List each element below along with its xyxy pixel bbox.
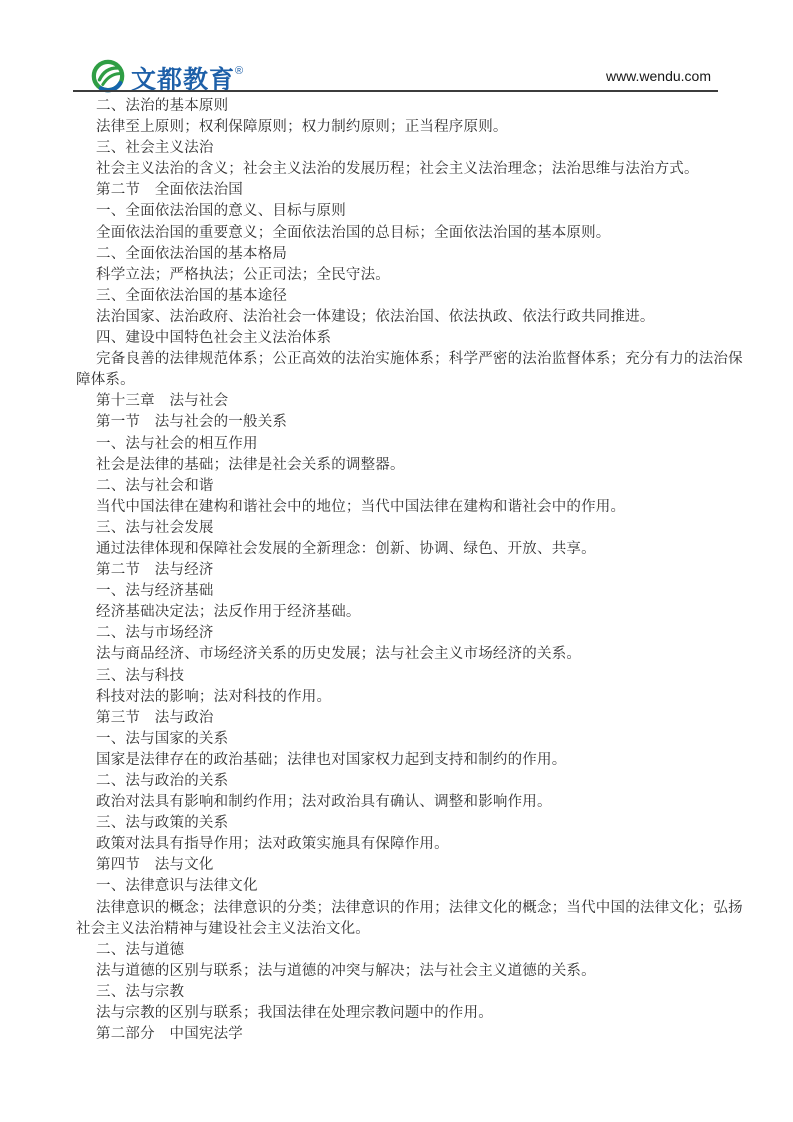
document-body: 二、法治的基本原则法律至上原则；权利保障原则；权力制约原则；正当程序原则。三、社… — [76, 96, 756, 1045]
text-line: 三、法与科技 — [76, 666, 756, 687]
text-line: 科技对法的影响；法对科技的作用。 — [76, 687, 756, 708]
text-line: 一、法律意识与法律文化 — [76, 876, 756, 897]
text-line: 法律至上原则；权利保障原则；权力制约原则；正当程序原则。 — [76, 117, 756, 138]
text-line: 经济基础决定法；法反作用于经济基础。 — [76, 602, 756, 623]
text-line: 第三节 法与政治 — [76, 708, 756, 729]
text-line: 二、法与政治的关系 — [76, 771, 756, 792]
header-divider-line — [73, 90, 718, 92]
text-line: 四、建设中国特色社会主义法治体系 — [76, 328, 756, 349]
text-line: 障体系。 — [76, 370, 756, 391]
text-line: 二、全面依法治国的基本格局 — [76, 244, 756, 265]
document-page: 文都教育® www.wendu.com 二、法治的基本原则法律至上原则；权利保障… — [0, 0, 793, 1122]
text-line: 当代中国法律在建构和谐社会中的地位；当代中国法律在建构和谐社会中的作用。 — [76, 497, 756, 518]
text-line: 法与商品经济、市场经济关系的历史发展；法与社会主义市场经济的关系。 — [76, 644, 756, 665]
wendu-logo-icon — [91, 59, 125, 93]
text-line: 二、法治的基本原则 — [76, 96, 756, 117]
text-line: 社会是法律的基础；法律是社会关系的调整器。 — [76, 455, 756, 476]
text-line: 社会主义法治的含义；社会主义法治的发展历程；社会主义法治理念；法治思维与法治方式… — [76, 159, 756, 180]
text-line: 一、法与国家的关系 — [76, 729, 756, 750]
text-line: 法与宗教的区别与联系；我国法律在处理宗教问题中的作用。 — [76, 1003, 756, 1024]
text-line: 一、法与经济基础 — [76, 581, 756, 602]
text-line: 一、法与社会的相互作用 — [76, 434, 756, 455]
text-line: 政策对法具有指导作用；法对政策实施具有保障作用。 — [76, 834, 756, 855]
text-line: 法治国家、法治政府、法治社会一体建设；依法治国、依法执政、依法行政共同推进。 — [76, 307, 756, 328]
text-line: 三、法与政策的关系 — [76, 813, 756, 834]
text-line: 法律意识的概念；法律意识的分类；法律意识的作用；法律文化的概念；当代中国的法律文… — [76, 898, 756, 919]
text-line: 国家是法律存在的政治基础；法律也对国家权力起到支持和制约的作用。 — [76, 750, 756, 771]
text-line: 第一节 法与社会的一般关系 — [76, 412, 756, 433]
text-line: 二、法与社会和谐 — [76, 476, 756, 497]
text-line: 第十三章 法与社会 — [76, 391, 756, 412]
text-line: 第四节 法与文化 — [76, 855, 756, 876]
text-line: 三、社会主义法治 — [76, 138, 756, 159]
registered-trademark-mark: ® — [235, 65, 244, 77]
page-header: 文都教育® www.wendu.com — [0, 0, 793, 95]
text-line: 政治对法具有影响和制约作用；法对政治具有确认、调整和影响作用。 — [76, 792, 756, 813]
text-line: 三、法与宗教 — [76, 982, 756, 1003]
text-line: 通过法律体现和保障社会发展的全新理念：创新、协调、绿色、开放、共享。 — [76, 539, 756, 560]
text-line: 二、法与道德 — [76, 940, 756, 961]
text-line: 完备良善的法律规范体系；公正高效的法治实施体系；科学严密的法治监督体系；充分有力… — [76, 349, 756, 370]
text-line: 三、法与社会发展 — [76, 518, 756, 539]
website-url: www.wendu.com — [606, 68, 711, 84]
text-line: 社会主义法治精神与建设社会主义法治文化。 — [76, 919, 756, 940]
text-line: 第二节 法与经济 — [76, 560, 756, 581]
text-line: 第二节 全面依法治国 — [76, 180, 756, 201]
text-line: 一、全面依法治国的意义、目标与原则 — [76, 201, 756, 222]
text-line: 第二部分 中国宪法学 — [76, 1024, 756, 1045]
text-line: 法与道德的区别与联系；法与道德的冲突与解决；法与社会主义道德的关系。 — [76, 961, 756, 982]
text-line: 二、法与市场经济 — [76, 623, 756, 644]
text-line: 全面依法治国的重要意义；全面依法治国的总目标；全面依法治国的基本原则。 — [76, 223, 756, 244]
text-line: 科学立法；严格执法；公正司法；全民守法。 — [76, 265, 756, 286]
text-line: 三、全面依法治国的基本途径 — [76, 286, 756, 307]
